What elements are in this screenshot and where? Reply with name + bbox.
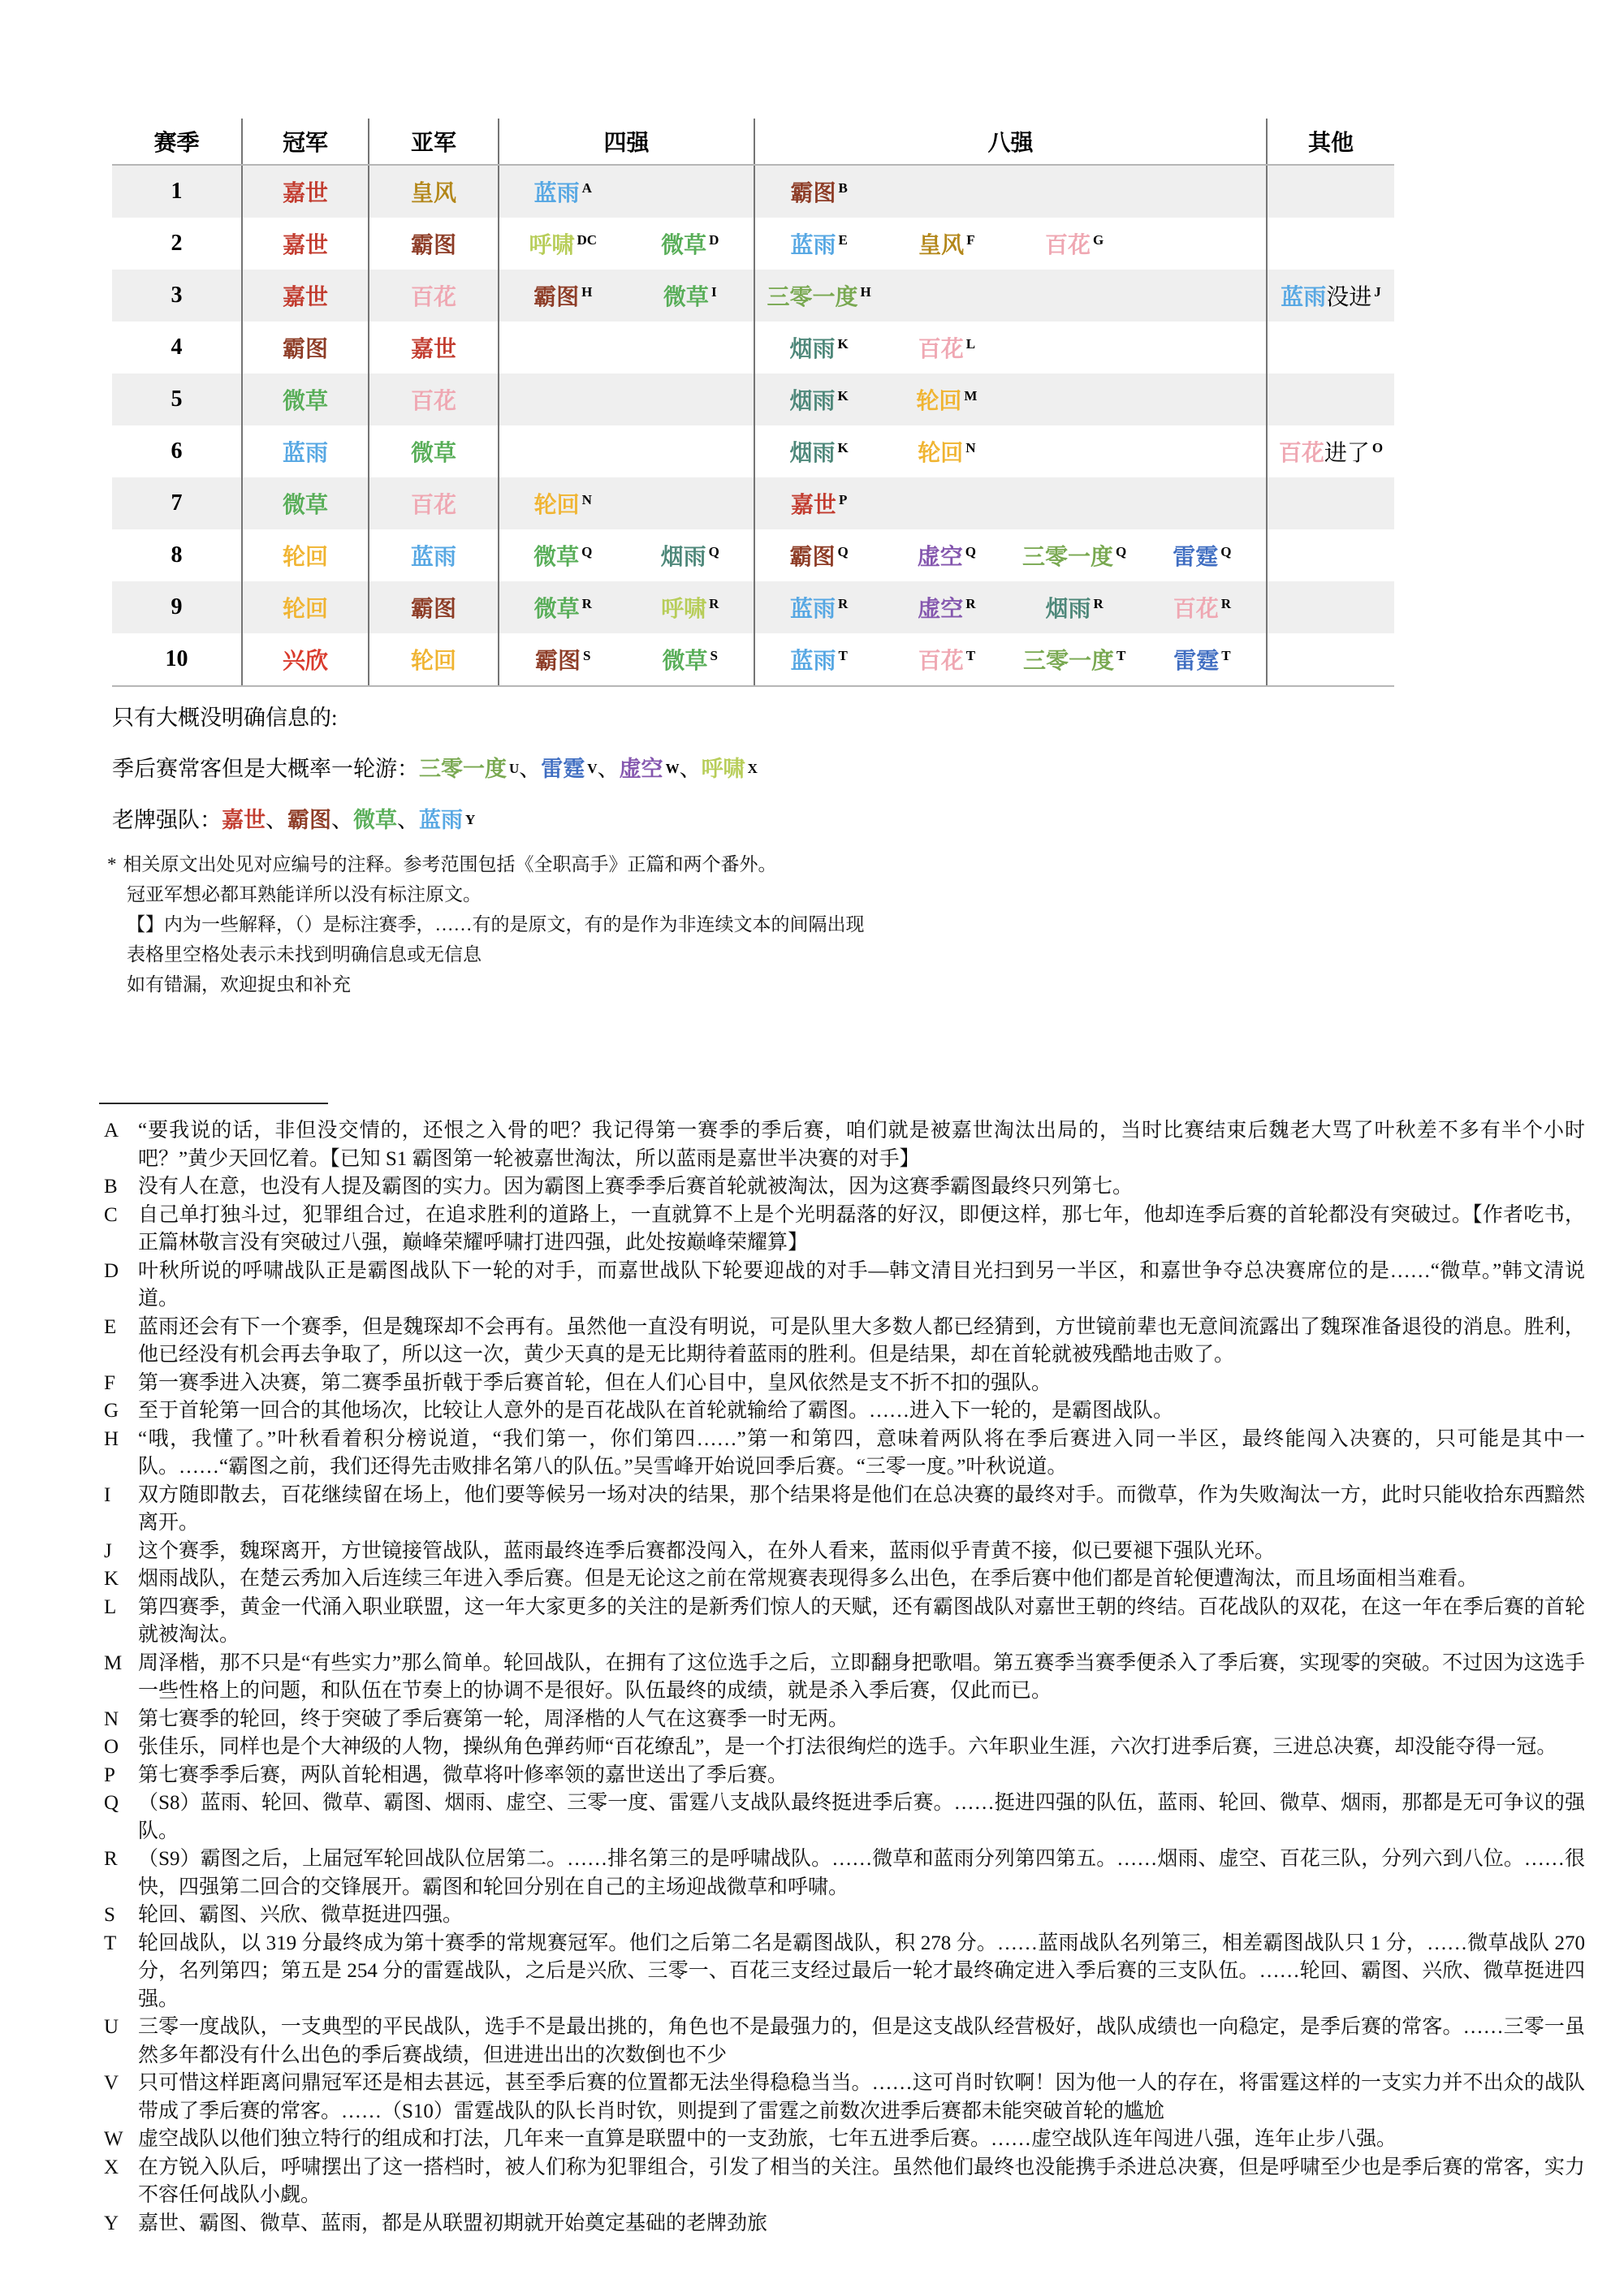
footnote-text: 轮回战队，以 319 分最终成为第十赛季的常规赛冠军。他们之后第二名是霸图战队，… <box>138 1932 1585 2010</box>
footnote-item: J这个赛季，魏琛离开，方世镜接管战队，蓝雨最终连季后赛都没闯入，在外人看来，蓝雨… <box>104 1538 1585 1566</box>
remark-block: *相关原文出处见对应编号的注释。参考范围包括《全职高手》正篇和两个番外。 冠亚军… <box>107 849 865 999</box>
footnote-ref: Y <box>465 812 475 827</box>
season-cell: 10 <box>112 633 241 685</box>
quarterfinals-cell: 霸图Q虚空Q三零一度Q雷霆Q <box>754 529 1266 581</box>
table-row: 7微草百花轮回N嘉世P <box>112 477 1394 529</box>
semifinals-cell <box>498 373 754 425</box>
footnote-text: 这个赛季，魏琛离开，方世镜接管战队，蓝雨最终连季后赛都没闯入，在外人看来，蓝雨似… <box>138 1540 1275 1562</box>
semifinal-slot <box>499 373 627 425</box>
season-cell: 2 <box>112 218 241 270</box>
footnote-text: “要我说的话，非但没交情的，还恨之入骨的吧？我记得第一赛季的季后赛，咱们就是被嘉… <box>138 1120 1585 1170</box>
season-cell: 7 <box>112 477 241 529</box>
footnote-item: C自己单打独斗过，犯罪组合过，在追求胜利的道路上，一直就算不上是个光明磊落的好汉… <box>104 1202 1585 1258</box>
quarterfinal-slot: 烟雨K <box>755 425 883 477</box>
semifinal-slot: 微草Q <box>499 529 627 581</box>
runner-up-cell: 霸图 <box>368 218 498 270</box>
footnote-letter: C <box>104 1202 118 1230</box>
quarterfinals-cell: 蓝雨R虚空R烟雨R百花R <box>754 581 1266 633</box>
footnote-letter: W <box>104 2126 123 2154</box>
team-label: 霸图 <box>790 539 836 572</box>
quarterfinal-slot <box>883 270 1010 322</box>
quarterfinal-slot <box>1011 322 1138 373</box>
footnote-text: 张佳乐，同样也是个大神级的人物，操纵角色弹药师“百花缭乱”，是一个打法很绚烂的选… <box>138 1736 1557 1758</box>
footnote-text: 只可惜这样距离问鼎冠军还是相去甚远，甚至季后赛的位置都无法坐得稳稳当当。……这可… <box>138 2072 1585 2122</box>
quarterfinal-slot: 烟雨K <box>755 373 883 425</box>
semifinal-slot: 呼啸DC <box>499 218 627 270</box>
team-label: 蓝雨 <box>411 539 456 572</box>
list-separator: 、 <box>680 757 702 781</box>
team-label: 百花 <box>918 331 964 364</box>
footnote-letter: K <box>104 1565 119 1594</box>
semifinals-cell: 霸图H微草I <box>498 270 754 322</box>
runner-up-cell: 轮回 <box>368 633 498 685</box>
footnote-letter: D <box>104 1258 119 1286</box>
team-label: 嘉世 <box>222 808 266 832</box>
team-label: 霸图 <box>535 643 581 676</box>
footnote-item: T轮回战队，以 319 分最终成为第十赛季的常规赛冠军。他们之后第二名是霸图战队… <box>104 1930 1585 2014</box>
footnote-letter: S <box>104 1902 115 1930</box>
footnote-letter: U <box>104 2014 119 2042</box>
other-cell <box>1266 529 1394 581</box>
team-label: 三零一度 <box>1023 643 1114 676</box>
team-label: 三零一度 <box>767 279 858 312</box>
footnote-item: N第七赛季的轮回，终于突破了季后赛第一轮，周泽楷的人气在这赛季一时无两。 <box>104 1706 1585 1734</box>
team-label: 轮回 <box>411 643 456 676</box>
other-note-text: 进了 <box>1324 435 1370 468</box>
season-cell: 1 <box>112 166 241 218</box>
semifinal-slot <box>627 373 754 425</box>
playoff-regulars-label: 季后赛常客但是大概率一轮游： <box>112 757 419 781</box>
other-cell <box>1266 322 1394 373</box>
list-separator: 、 <box>397 808 419 832</box>
team-label: 百花 <box>1173 591 1219 624</box>
other-cell <box>1266 633 1394 685</box>
footnote-text: 周泽楷，那不只是“有些实力”那么简单。轮回战队，在拥有了这位选手之后，立即翻身把… <box>138 1652 1585 1703</box>
quarterfinal-slot: 烟雨R <box>1011 581 1138 633</box>
footnote-item: X在方锐入队后，呼啸摆出了这一搭档时，被人们称为犯罪组合，引发了相当的关注。虽然… <box>104 2154 1585 2210</box>
footnote-divider <box>99 1103 328 1104</box>
team-label: 蓝雨 <box>1281 279 1326 312</box>
semifinal-slot <box>627 425 754 477</box>
quarterfinal-slot: 三零一度H <box>755 270 883 322</box>
footnote-item: K烟雨战队，在楚云秀加入后连续三年进入季后赛。但是无论这之前在常规赛表现得多么出… <box>104 1565 1585 1594</box>
remark-line: *相关原文出处见对应编号的注释。参考范围包括《全职高手》正篇和两个番外。 <box>107 849 865 879</box>
quarterfinal-slot: 三零一度Q <box>1011 529 1138 581</box>
regulars-list: 三零一度U、雷霆V、虚空W、呼啸X <box>419 757 758 781</box>
footnote-item: H“哦，我懂了。”叶秋看着积分榜说道，“我们第一，你们第四……”第一和第四，意味… <box>104 1426 1585 1482</box>
summary-intro: 只有大概没明确信息的: <box>112 700 758 732</box>
remark-line: 如有错漏，欢迎捉虫和补充 <box>107 969 865 999</box>
semifinals-cell <box>498 425 754 477</box>
team-label: 烟雨 <box>790 383 836 416</box>
footnote-text: 自己单打独斗过，犯罪组合过，在追求胜利的道路上，一直就算不上是个光明磊落的好汉，… <box>138 1204 1585 1254</box>
team-label: 雷霆 <box>541 757 585 781</box>
quarterfinal-slot: 雷霆T <box>1138 633 1266 685</box>
semifinals-cell: 轮回N <box>498 477 754 529</box>
quarterfinal-slot <box>883 477 1010 529</box>
team-label: 呼啸 <box>661 591 706 624</box>
quarterfinal-slot: 虚空Q <box>883 529 1010 581</box>
quarterfinals-cell: 蓝雨T百花T三零一度T雷霆T <box>754 633 1266 685</box>
quarterfinal-slot <box>1011 270 1138 322</box>
other-cell: 蓝雨没进J <box>1266 270 1394 322</box>
season-cell: 5 <box>112 373 241 425</box>
quarterfinal-slot: 烟雨K <box>755 322 883 373</box>
quarterfinal-slot: 嘉世P <box>755 477 883 529</box>
season-cell: 4 <box>112 322 241 373</box>
semifinal-slot: 微草S <box>627 633 754 685</box>
team-label: 虚空 <box>918 591 963 624</box>
semifinal-slot: 轮回N <box>499 477 627 529</box>
champion-cell: 轮回 <box>241 529 368 581</box>
footnote-text: 第七赛季季后赛，两队首轮相遇，微草将叶修率领的嘉世送出了季后赛。 <box>138 1764 788 1786</box>
quarterfinal-slot: 百花L <box>883 322 1010 373</box>
table-header-row: 赛季 冠军 亚军 四强 八强 其他 <box>112 119 1394 164</box>
other-cell <box>1266 218 1394 270</box>
team-label: 微草 <box>661 227 706 260</box>
list-separator: 、 <box>519 757 541 781</box>
other-cell <box>1266 477 1394 529</box>
footnote-text: （S9）霸图之后，上届冠军轮回战队位居第二。……排名第三的是呼啸战队。……微草和… <box>138 1848 1585 1898</box>
footnote-text: 虚空战队以他们独立特行的组成和打法，几年来一直算是联盟中的一支劲旅，七年五进季后… <box>138 2128 1397 2150</box>
team-label: 霸图 <box>283 331 328 364</box>
quarterfinal-slot: 雷霆Q <box>1138 529 1266 581</box>
summary-block: 只有大概没明确信息的: 季后赛常客但是大概率一轮游：三零一度U、雷霆V、虚空W、… <box>112 700 758 853</box>
quarterfinal-slot <box>1138 270 1266 322</box>
footnotes-list: A“要我说的话，非但没交情的，还恨之入骨的吧？我记得第一赛季的季后赛，咱们就是被… <box>104 1117 1585 2238</box>
quarterfinal-slot <box>1011 425 1138 477</box>
playoff-regulars-line: 季后赛常客但是大概率一轮游：三零一度U、雷霆V、虚空W、呼啸X <box>112 751 758 783</box>
other-note-text: 没进 <box>1326 279 1371 312</box>
semifinals-cell: 蓝雨A <box>498 166 754 218</box>
champion-cell: 微草 <box>241 477 368 529</box>
team-label: 嘉世 <box>411 331 456 364</box>
remark-text: 相关原文出处见对应编号的注释。参考范围包括《全职高手》正篇和两个番外。 <box>123 854 777 874</box>
footnote-text: （S8）蓝雨、轮回、微草、霸图、烟雨、虚空、三零一度、雷霆八支战队最终挺进季后赛… <box>138 1792 1585 1842</box>
team-label: 嘉世 <box>791 487 836 520</box>
team-label: 百花 <box>1279 435 1324 468</box>
season-cell: 3 <box>112 270 241 322</box>
footnote-letter: T <box>104 1930 116 1958</box>
footnote-item: B没有人在意，也没有人提及霸图的实力。因为霸图上赛季季后赛首轮就被淘汰，因为这赛… <box>104 1173 1585 1202</box>
footnote-letter: L <box>104 1594 116 1622</box>
semifinal-slot: 微草D <box>627 218 754 270</box>
other-cell <box>1266 373 1394 425</box>
champion-cell: 嘉世 <box>241 166 368 218</box>
asterisk-marker: * <box>107 854 117 874</box>
quarterfinal-slot <box>1138 218 1266 270</box>
quarterfinal-slot <box>1011 166 1138 218</box>
season-cell: 9 <box>112 581 241 633</box>
quarterfinals-cell: 烟雨K轮回M <box>754 373 1266 425</box>
champion-cell: 微草 <box>241 373 368 425</box>
veteran-teams-label: 老牌强队： <box>112 808 222 832</box>
footnote-letter: G <box>104 1397 119 1426</box>
veteran-teams-line: 老牌强队：嘉世、霸图、微草、蓝雨Y <box>112 802 758 834</box>
team-label: 微草 <box>663 279 709 312</box>
champion-cell: 嘉世 <box>241 270 368 322</box>
team-label: 皇风 <box>918 227 964 260</box>
quarterfinal-slot: 三零一度T <box>1011 633 1138 685</box>
quarterfinal-slot: 百花R <box>1138 581 1266 633</box>
footnote-text: 三零一度战队，一支典型的平民战队，选手不是最出挑的，角色也不是最强力的，但是这支… <box>138 2016 1585 2066</box>
footnote-item: Q（S8）蓝雨、轮回、微草、霸图、烟雨、虚空、三零一度、雷霆八支战队最终挺进季后… <box>104 1789 1585 1846</box>
quarterfinal-slot <box>1138 477 1266 529</box>
remark-line: 【】内为一些解释，（）是标注赛季，……有的是原文，有的是作为非连续文本的间隔出现 <box>107 909 865 939</box>
quarterfinal-slot <box>883 166 1010 218</box>
quarterfinals-cell: 烟雨K轮回N <box>754 425 1266 477</box>
semifinal-slot: 呼啸R <box>627 581 754 633</box>
footnote-letter: Q <box>104 1789 119 1818</box>
footnote-ref: W <box>666 761 680 776</box>
quarterfinal-slot <box>1138 166 1266 218</box>
champion-cell: 嘉世 <box>241 218 368 270</box>
footnote-text: “哦，我懂了。”叶秋看着积分榜说道，“我们第一，你们第四……”第一和第四，意味着… <box>138 1428 1585 1479</box>
footnote-text: 双方随即散去，百花继续留在场上，他们要等候另一场对决的结果，那个结果将是他们在总… <box>138 1484 1585 1535</box>
footnote-letter: X <box>104 2154 119 2182</box>
champion-cell: 蓝雨 <box>241 425 368 477</box>
other-cell <box>1266 166 1394 218</box>
runner-up-cell: 皇风 <box>368 166 498 218</box>
semifinal-slot <box>499 425 627 477</box>
footnote-text: 第四赛季，黄金一代涌入职业联盟，这一年大家更多的关注的是新秀们惊人的天赋，还有霸… <box>138 1596 1585 1647</box>
team-label: 烟雨 <box>661 539 706 572</box>
footnote-item: L第四赛季，黄金一代涌入职业联盟，这一年大家更多的关注的是新秀们惊人的天赋，还有… <box>104 1594 1585 1650</box>
champion-cell: 兴欣 <box>241 633 368 685</box>
team-label: 微草 <box>411 435 456 468</box>
semifinal-slot <box>627 166 754 218</box>
table-row: 6蓝雨微草烟雨K轮回N百花进了O <box>112 425 1394 477</box>
quarterfinal-slot <box>1138 425 1266 477</box>
column-header-quarterfinals: 八强 <box>754 119 1266 164</box>
team-label: 蓝雨 <box>790 591 836 624</box>
season-cell: 8 <box>112 529 241 581</box>
footnote-item: W虚空战队以他们独立特行的组成和打法，几年来一直算是联盟中的一支劲旅，七年五进季… <box>104 2126 1585 2154</box>
quarterfinal-slot <box>1011 373 1138 425</box>
footnote-text: 烟雨战队，在楚云秀加入后连续三年进入季后赛。但是无论这之前在常规赛表现得多么出色… <box>138 1568 1478 1590</box>
team-label: 雷霆 <box>1173 539 1218 572</box>
quarterfinals-cell: 霸图B <box>754 166 1266 218</box>
quarterfinal-slot <box>1138 373 1266 425</box>
semifinals-cell: 霸图S微草S <box>498 633 754 685</box>
footnote-letter: N <box>104 1706 119 1734</box>
quarterfinal-slot: 百花T <box>883 633 1010 685</box>
champion-cell: 霸图 <box>241 322 368 373</box>
table-row: 4霸图嘉世烟雨K百花L <box>112 322 1394 373</box>
column-header-semifinals: 四强 <box>498 119 754 164</box>
runner-up-cell: 百花 <box>368 373 498 425</box>
team-label: 兴欣 <box>283 643 328 676</box>
footnote-ref: V <box>587 761 597 776</box>
other-cell: 百花进了O <box>1266 425 1394 477</box>
team-label: 百花 <box>411 487 456 520</box>
footnote-item: A“要我说的话，非但没交情的，还恨之入骨的吧？我记得第一赛季的季后赛，咱们就是被… <box>104 1117 1585 1173</box>
column-header-other: 其他 <box>1266 119 1394 164</box>
team-label: 三零一度 <box>419 757 507 781</box>
team-label: 蓝雨 <box>790 643 836 676</box>
footnote-text: 在方锐入队后，呼啸摆出了这一搭档时，被人们称为犯罪组合，引发了相当的关注。虽然他… <box>138 2156 1585 2207</box>
semifinal-slot: 霸图H <box>499 270 627 322</box>
team-label: 霸图 <box>411 591 456 624</box>
table-body: 1嘉世皇风蓝雨A霸图B2嘉世霸图呼啸DC微草D蓝雨E皇风F百花G3嘉世百花霸图H… <box>112 164 1394 687</box>
footnote-item: Y嘉世、霸图、微草、蓝雨，都是从联盟初期就开始奠定基础的老牌劲旅 <box>104 2210 1585 2238</box>
team-label: 微草 <box>283 383 328 416</box>
footnote-letter: V <box>104 2070 119 2098</box>
team-label: 微草 <box>353 808 397 832</box>
footnote-item: P第七赛季季后赛，两队首轮相遇，微草将叶修率领的嘉世送出了季后赛。 <box>104 1762 1585 1790</box>
footnote-item: V只可惜这样距离问鼎冠军还是相去甚远，甚至季后赛的位置都无法坐得稳稳当当。……这… <box>104 2070 1585 2126</box>
team-label: 嘉世 <box>283 227 328 260</box>
semifinals-cell: 微草R呼啸R <box>498 581 754 633</box>
team-label: 呼啸 <box>529 227 574 260</box>
table-row: 1嘉世皇风蓝雨A霸图B <box>112 166 1394 218</box>
remark-line: 表格里空格处表示未找到明确信息或无信息 <box>107 939 865 969</box>
quarterfinals-cell: 三零一度H <box>754 270 1266 322</box>
team-label: 蓝雨 <box>534 175 580 208</box>
semifinal-slot <box>499 322 627 373</box>
season-cell: 6 <box>112 425 241 477</box>
quarterfinals-cell: 烟雨K百花L <box>754 322 1266 373</box>
team-label: 蓝雨 <box>283 435 328 468</box>
footnote-text: 蓝雨还会有下一个赛季，但是魏琛却不会再有。虽然他一直没有明说，可是队里大多数人都… <box>138 1316 1585 1366</box>
season-results-table: 赛季 冠军 亚军 四强 八强 其他 1嘉世皇风蓝雨A霸图B2嘉世霸图呼啸DC微草… <box>112 119 1394 687</box>
footnote-item: E蓝雨还会有下一个赛季，但是魏琛却不会再有。虽然他一直没有明说，可是队里大多数人… <box>104 1314 1585 1370</box>
footnote-letter: E <box>104 1314 116 1342</box>
footnote-ref: X <box>748 761 758 776</box>
footnote-letter: R <box>104 1846 118 1874</box>
footnote-item: I双方随即散去，百花继续留在场上，他们要等候另一场对决的结果，那个结果将是他们在… <box>104 1482 1585 1538</box>
champion-cell: 轮回 <box>241 581 368 633</box>
team-label: 霸图 <box>533 279 579 312</box>
footnote-letter: B <box>104 1173 118 1202</box>
team-label: 呼啸 <box>702 757 745 781</box>
team-label: 霸图 <box>790 175 836 208</box>
team-label: 百花 <box>411 383 456 416</box>
semifinals-cell: 微草Q烟雨Q <box>498 529 754 581</box>
quarterfinal-slot: 皇风F <box>883 218 1010 270</box>
column-header-champion: 冠军 <box>241 119 368 164</box>
runner-up-cell: 蓝雨 <box>368 529 498 581</box>
footnote-item: R（S9）霸图之后，上届冠军轮回战队位居第二。……排名第三的是呼啸战队。……微草… <box>104 1846 1585 1902</box>
semifinal-slot <box>627 322 754 373</box>
quarterfinal-slot: 蓝雨T <box>755 633 883 685</box>
footnote-letter: M <box>104 1650 122 1678</box>
runner-up-cell: 微草 <box>368 425 498 477</box>
team-label: 烟雨 <box>1045 591 1091 624</box>
footnote-letter: J <box>104 1538 112 1566</box>
quarterfinal-slot: 霸图B <box>755 166 883 218</box>
team-label: 百花 <box>411 279 456 312</box>
veterans-list: 嘉世、霸图、微草、蓝雨Y <box>222 808 475 832</box>
quarterfinal-slot: 霸图Q <box>755 529 883 581</box>
footnote-text: 轮回、霸图、兴欣、微草挺进四强。 <box>138 1904 463 1926</box>
footnote-item: O张佳乐，同样也是个大神级的人物，操纵角色弹药师“百花缭乱”，是一个打法很绚烂的… <box>104 1733 1585 1762</box>
footnote-text: 至于首轮第一回合的其他场次，比较让人意外的是百花战队在首轮就输给了霸图。……进入… <box>138 1400 1173 1422</box>
quarterfinal-slot: 蓝雨E <box>755 218 883 270</box>
quarterfinals-cell: 蓝雨E皇风F百花G <box>754 218 1266 270</box>
table-row: 9轮回霸图微草R呼啸R蓝雨R虚空R烟雨R百花R <box>112 581 1394 633</box>
quarterfinals-cell: 嘉世P <box>754 477 1266 529</box>
footnote-item: S轮回、霸图、兴欣、微草挺进四强。 <box>104 1902 1585 1930</box>
footnote-letter: Y <box>104 2210 119 2238</box>
semifinals-cell: 呼啸DC微草D <box>498 218 754 270</box>
team-label: 轮回 <box>534 487 580 520</box>
table-row: 3嘉世百花霸图H微草I三零一度H蓝雨没进J <box>112 270 1394 322</box>
semifinal-slot: 微草R <box>499 581 627 633</box>
team-label: 嘉世 <box>283 175 328 208</box>
team-label: 微草 <box>283 487 328 520</box>
footnote-item: U三零一度战队，一支典型的平民战队，选手不是最出挑的，角色也不是最强力的，但是这… <box>104 2014 1585 2070</box>
team-label: 轮回 <box>918 435 963 468</box>
runner-up-cell: 百花 <box>368 477 498 529</box>
team-label: 雷霆 <box>1173 643 1219 676</box>
document-root: { "teams": { "嘉世": "#c23b2e", "皇风": "#b3… <box>0 0 1624 2288</box>
team-label: 霸图 <box>287 808 331 832</box>
semifinals-cell <box>498 322 754 373</box>
table-row: 2嘉世霸图呼啸DC微草D蓝雨E皇风F百花G <box>112 218 1394 270</box>
footnote-item: D叶秋所说的呼啸战队正是霸图战队下一轮的对手，而嘉世战队下轮要迎战的对手—韩文清… <box>104 1258 1585 1314</box>
team-label: 百花 <box>918 643 964 676</box>
team-label: 轮回 <box>283 591 328 624</box>
runner-up-cell: 霸图 <box>368 581 498 633</box>
team-label: 三零一度 <box>1022 539 1113 572</box>
quarterfinal-slot: 蓝雨R <box>755 581 883 633</box>
footnote-letter: A <box>104 1117 119 1146</box>
quarterfinal-slot: 轮回N <box>883 425 1010 477</box>
quarterfinal-slot: 虚空R <box>883 581 1010 633</box>
footnote-item: F第一赛季进入决赛，第二赛季虽折戟于季后赛首轮，但在人们心目中，皇风依然是支不折… <box>104 1370 1585 1398</box>
footnote-item: M周泽楷，那不只是“有些实力”那么简单。轮回战队，在拥有了这位选手之后，立即翻身… <box>104 1650 1585 1706</box>
team-label: 蓝雨 <box>419 808 463 832</box>
team-label: 虚空 <box>620 757 663 781</box>
quarterfinal-slot: 轮回M <box>883 373 1010 425</box>
table-row: 8轮回蓝雨微草Q烟雨Q霸图Q虚空Q三零一度Q雷霆Q <box>112 529 1394 581</box>
team-label: 百花 <box>1045 227 1091 260</box>
runner-up-cell: 嘉世 <box>368 322 498 373</box>
team-label: 嘉世 <box>283 279 328 312</box>
team-label: 烟雨 <box>790 331 836 364</box>
quarterfinal-slot: 百花G <box>1011 218 1138 270</box>
team-label: 轮回 <box>283 539 328 572</box>
list-separator: 、 <box>331 808 353 832</box>
footnote-text: 嘉世、霸图、微草、蓝雨，都是从联盟初期就开始奠定基础的老牌劲旅 <box>138 2212 767 2234</box>
footnote-letter: O <box>104 1733 119 1762</box>
footnote-letter: I <box>104 1482 110 1510</box>
team-label: 虚空 <box>918 539 963 572</box>
footnote-ref: U <box>509 761 519 776</box>
semifinal-slot: 烟雨Q <box>627 529 754 581</box>
team-label: 微草 <box>663 643 708 676</box>
column-header-runner-up: 亚军 <box>368 119 498 164</box>
footnote-letter: F <box>104 1370 115 1398</box>
other-cell <box>1266 581 1394 633</box>
semifinal-slot: 蓝雨A <box>499 166 627 218</box>
team-label: 微草 <box>534 591 580 624</box>
footnote-letter: H <box>104 1426 119 1454</box>
team-label: 微草 <box>533 539 579 572</box>
footnote-letter: P <box>104 1762 115 1790</box>
table-row: 10兴欣轮回霸图S微草S蓝雨T百花T三零一度T雷霆T <box>112 633 1394 685</box>
team-label: 轮回 <box>916 383 961 416</box>
footnote-text: 没有人在意，也没有人提及霸图的实力。因为霸图上赛季季后赛首轮就被淘汰，因为这赛季… <box>138 1176 1133 1198</box>
runner-up-cell: 百花 <box>368 270 498 322</box>
list-separator: 、 <box>266 808 287 832</box>
list-separator: 、 <box>598 757 620 781</box>
team-label: 霸图 <box>411 227 456 260</box>
semifinal-slot <box>627 477 754 529</box>
footnote-text: 叶秋所说的呼啸战队正是霸图战队下一轮的对手，而嘉世战队下轮要迎战的对手—韩文清目… <box>138 1260 1585 1310</box>
team-label: 蓝雨 <box>790 227 836 260</box>
